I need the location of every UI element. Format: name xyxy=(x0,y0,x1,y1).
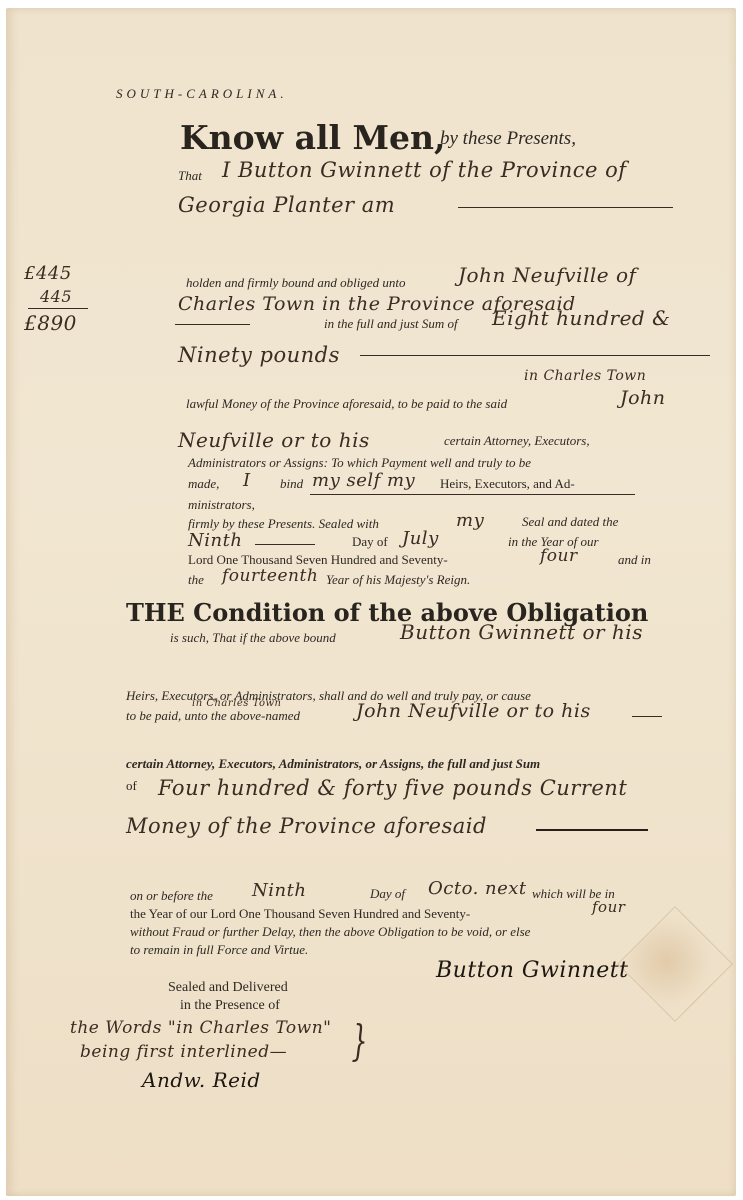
money-hand: Money of the Province aforesaid xyxy=(126,814,487,838)
lawful-print: lawful Money of the Province aforesaid, … xyxy=(186,396,507,412)
octo-hand: Octo. next xyxy=(428,878,527,899)
margin-sum-total: £890 xyxy=(24,311,77,335)
fill-rule xyxy=(310,494,635,495)
four2-hand: four xyxy=(592,898,625,916)
reign-print: Year of his Majesty's Reign. xyxy=(326,572,470,588)
note-hand-1: the Words "in Charles Town" xyxy=(70,1018,331,1038)
tobepaid-hand: John Neufville or to his xyxy=(356,700,591,722)
admin-print: Administrators or Assigns: To which Paym… xyxy=(188,455,531,471)
attorney-print: certain Attorney, Executors, xyxy=(444,433,590,449)
certain-print: certain Attorney, Executors, Administrat… xyxy=(126,756,540,772)
fill-rule xyxy=(360,355,710,356)
lawful-hand: John xyxy=(620,387,666,409)
made-print: made, xyxy=(188,476,219,492)
july-hand: July xyxy=(402,528,439,549)
margin-sum-1: £445 xyxy=(24,263,72,284)
title-blackletter: Know all Men, xyxy=(180,118,446,157)
sum-print: in the full and just Sum of xyxy=(324,316,458,332)
fill-rule xyxy=(536,829,648,831)
margin-sum-2: 445 xyxy=(40,287,72,306)
obligor-signature: Button Gwinnett xyxy=(436,958,628,983)
tobepaid-print: to be paid, unto the above-named xyxy=(126,708,300,724)
fourteenth-hand: fourteenth xyxy=(222,566,318,586)
obligor-hand-2: Georgia Planter am xyxy=(178,193,395,217)
ministrators-print: ministrators, xyxy=(188,497,255,513)
province-heading: SOUTH-CAROLINA. xyxy=(116,86,288,102)
of-print: of xyxy=(126,778,137,794)
fill-rule xyxy=(255,544,315,545)
such-hand: Button Gwinnett or his xyxy=(400,620,643,644)
heirs-print: Heirs, Executors, and Ad- xyxy=(440,476,575,492)
andin-print: and in xyxy=(618,552,651,568)
my-hand: my xyxy=(456,510,484,531)
that-label: That xyxy=(178,168,202,184)
year-print: the Year of our Lord One Thousand Seven … xyxy=(130,906,470,922)
ninth2-hand: Ninth xyxy=(252,880,306,901)
neufville-hand: Neufville or to his xyxy=(178,428,370,452)
presence-print: in the Presence of xyxy=(180,998,280,1014)
four-hundred-hand: Four hundred & forty five pounds Current xyxy=(158,776,627,800)
sealed-print: Sealed and Delivered xyxy=(168,980,288,996)
without-print: without Fraud or further Delay, then the… xyxy=(130,924,530,940)
title-rest: by these Presents, xyxy=(440,128,576,150)
made-hand: I xyxy=(243,470,251,491)
bound-print: holden and firmly bound and obliged unto xyxy=(186,275,406,291)
dayof2-print: Day of xyxy=(370,886,405,902)
four-hand: four xyxy=(540,546,578,566)
fill-rule xyxy=(632,716,662,717)
brace-icon: } xyxy=(351,1016,367,1065)
onorbefore-print: on or before the xyxy=(130,888,213,904)
bind-print: bind xyxy=(280,476,303,492)
myself-hand: my self my xyxy=(312,470,415,491)
sum-hand: Eight hundred & xyxy=(492,306,670,330)
the-print: the xyxy=(188,572,204,588)
sum-hand-2: Ninety pounds xyxy=(178,343,340,367)
fill-rule xyxy=(458,207,673,208)
such-print: is such, That if the above bound xyxy=(170,630,336,646)
ninth-hand: Ninth xyxy=(188,530,242,551)
fill-rule xyxy=(175,324,250,325)
obligor-hand: I Button Gwinnett of the Province of xyxy=(222,158,627,182)
remain-print: to remain in full Force and Virtue. xyxy=(130,942,308,958)
seal-print: Seal and dated the xyxy=(522,514,618,530)
interline-hand: in Charles Town xyxy=(524,368,646,384)
wafer-seal xyxy=(617,906,733,1022)
obligee-hand: John Neufville of xyxy=(458,263,636,287)
dayof-print: Day of xyxy=(352,534,388,550)
note-hand-2: being first interlined— xyxy=(80,1042,287,1062)
witness-signature: Andw. Reid xyxy=(142,1068,261,1092)
margin-sum-rule xyxy=(28,308,88,309)
